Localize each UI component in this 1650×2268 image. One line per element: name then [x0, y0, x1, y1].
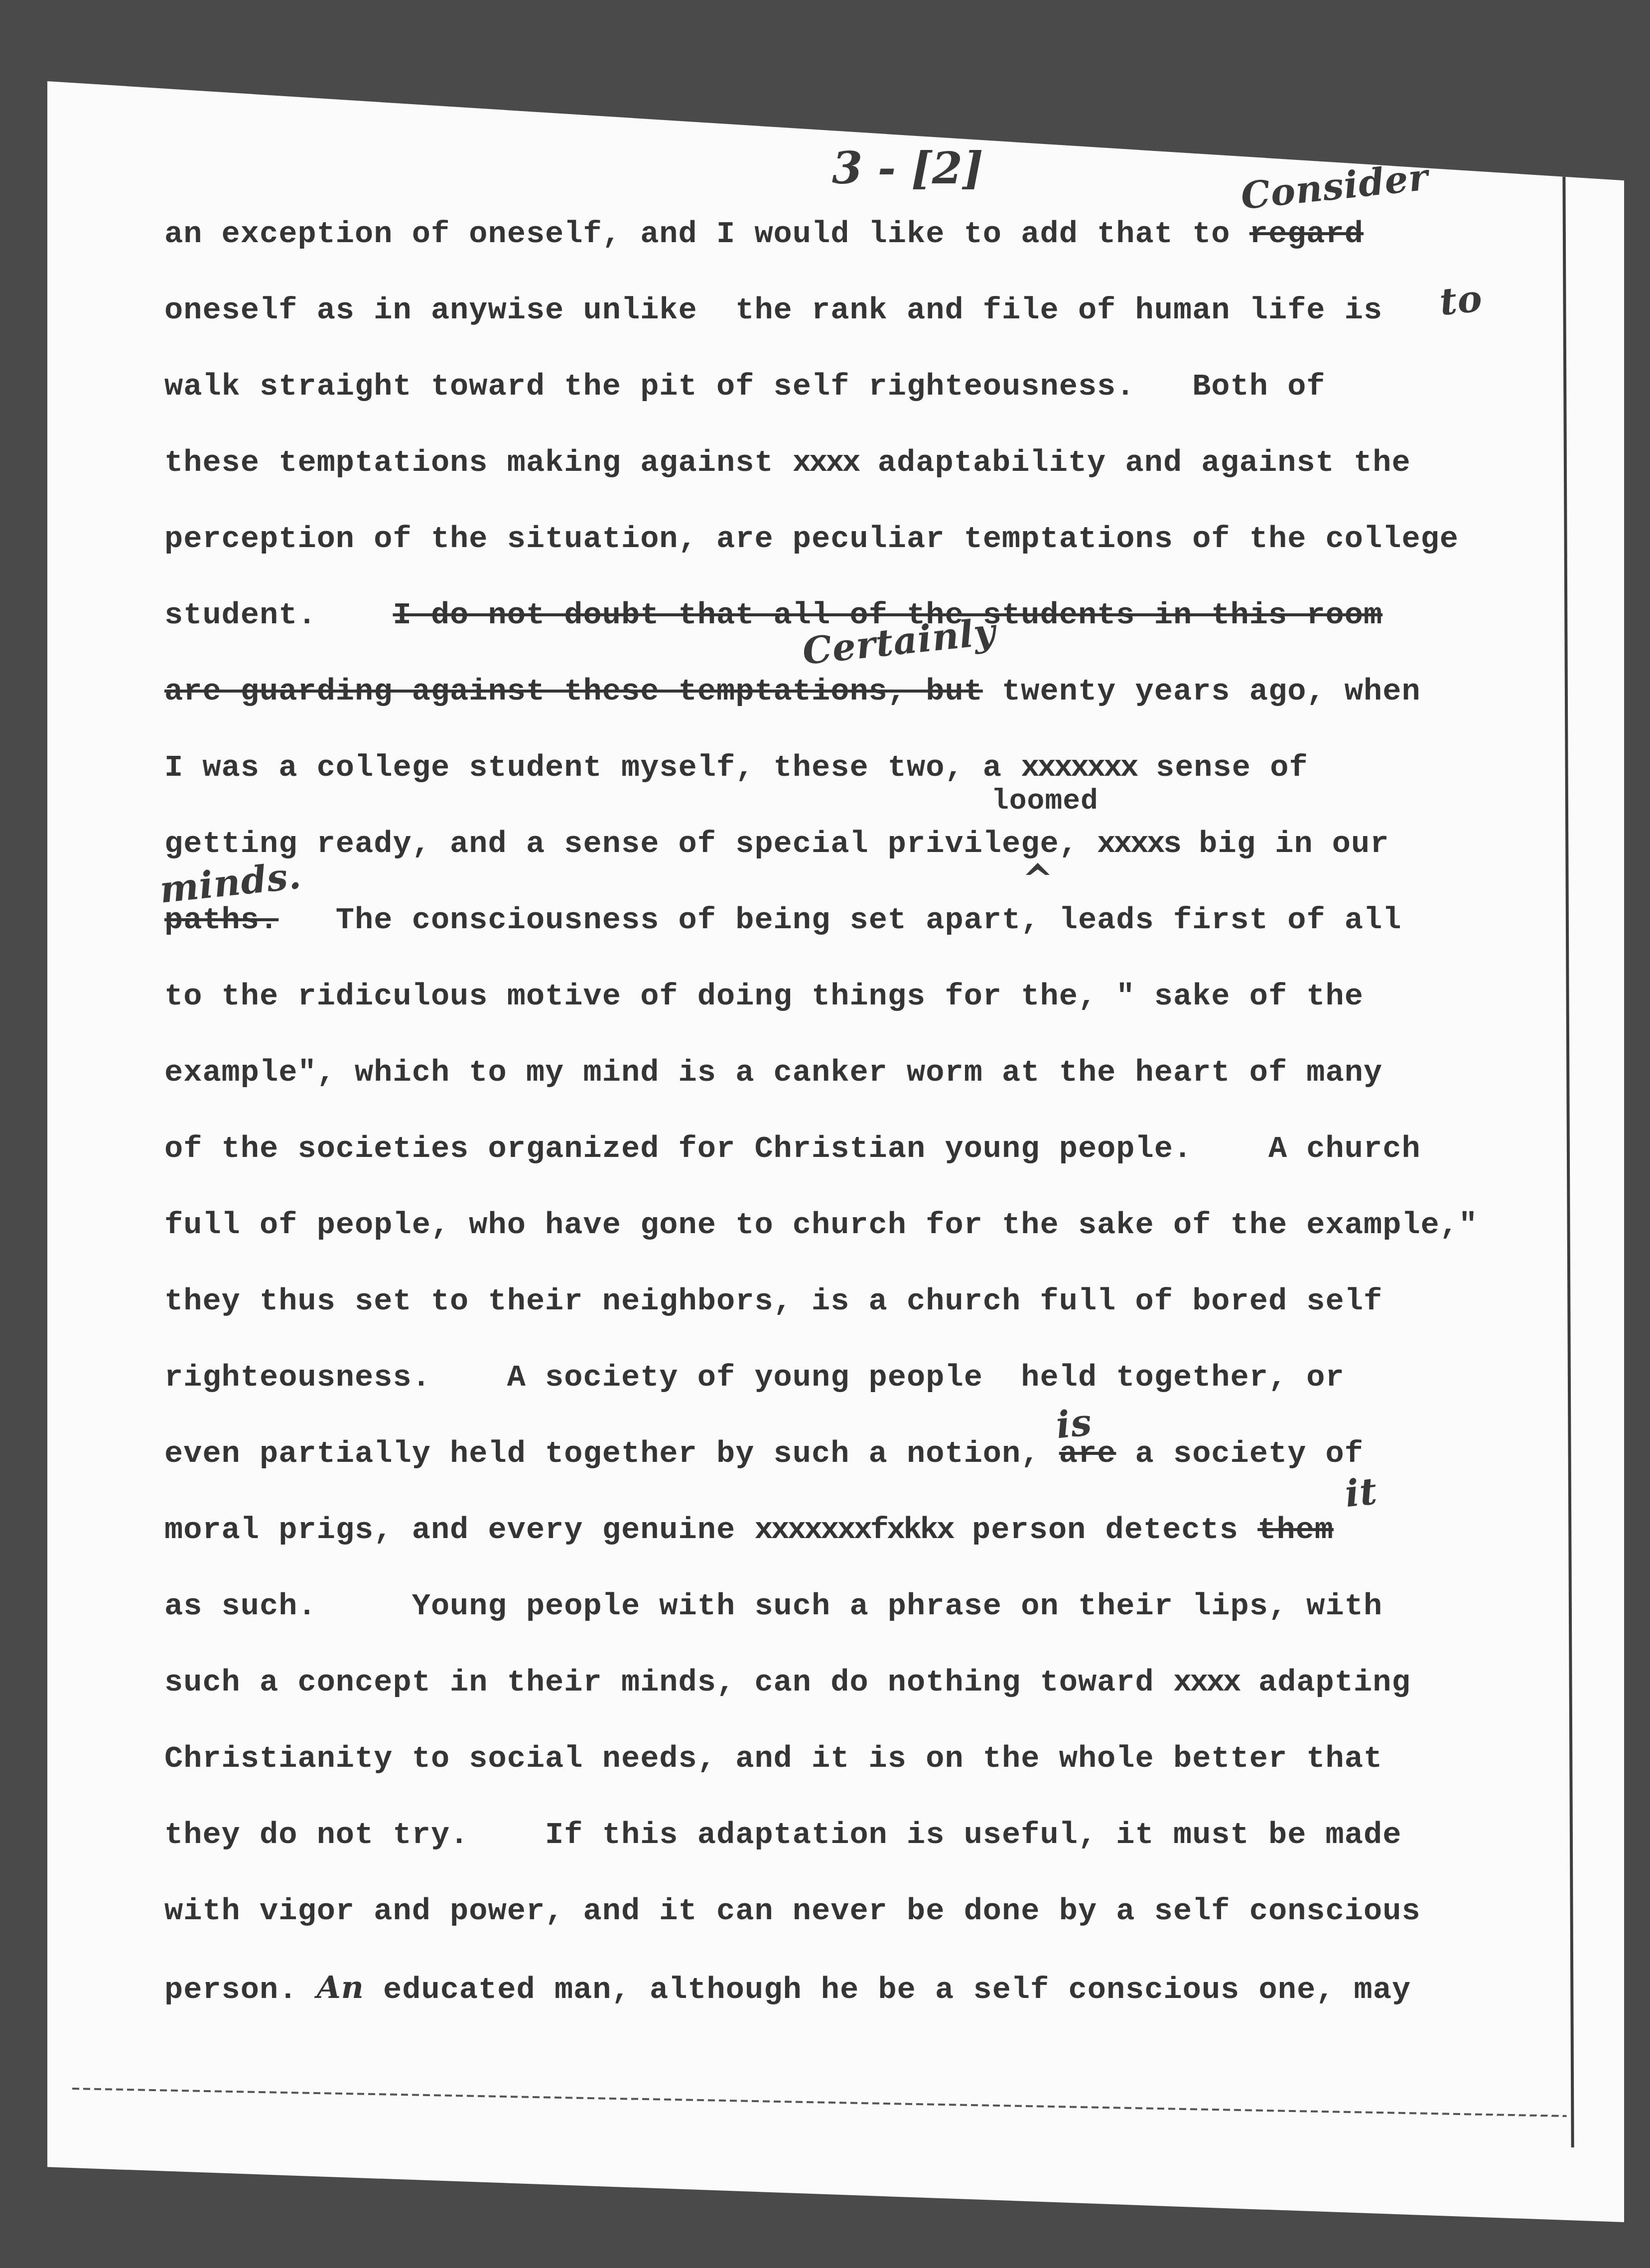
text-line: moral prigs, and every genuine xxxxxxxfx…: [164, 1510, 1510, 1586]
xed-out-text: xxxx: [1173, 1665, 1239, 1700]
typed-text: getting ready, and a sense of special pr…: [164, 826, 1097, 861]
handwritten-insertion: to: [1438, 279, 1484, 323]
typed-text: person detects: [953, 1512, 1257, 1548]
typed-text: they do not try. If this adaptation is u…: [164, 1817, 1401, 1852]
typed-text: person.: [164, 1972, 317, 2007]
xed-out-text: xxxxxxx: [1021, 750, 1136, 785]
typed-text: an exception of oneself, and I would lik…: [164, 216, 1249, 252]
text-line: getting ready, and a sense of special pr…: [164, 824, 1510, 900]
text-line: perception of the situation, are peculia…: [164, 519, 1510, 595]
struck-text: them: [1257, 1512, 1334, 1548]
text-line: paths. The consciousness of being set ap…: [164, 900, 1510, 977]
typed-text: full of people, who have gone to church …: [164, 1207, 1478, 1243]
typed-insertion: loomed: [991, 782, 1099, 822]
typed-text-body: an exception of oneself, and I would lik…: [164, 214, 1510, 2044]
text-line: these temptations making against xxxx ad…: [164, 443, 1510, 519]
text-line: person. An educated man, although he be …: [164, 1968, 1510, 2044]
text-line: they do not try. If this adaptation is u…: [164, 1815, 1510, 1891]
margin-rule: [1562, 164, 1574, 2147]
handwritten-word: An: [317, 1969, 364, 2005]
xed-out-text: xxxxxxxfxkkx: [754, 1512, 953, 1548]
xed-out-text: xxxxs: [1097, 826, 1180, 861]
typed-text: twenty years ago, when: [983, 674, 1421, 709]
typed-text: sense of: [1137, 750, 1308, 785]
typed-text: oneself as in anywise unlike the rank an…: [164, 292, 1382, 328]
typed-text: of the societies organized for Christian…: [164, 1131, 1421, 1166]
typed-text: these temptations making against: [164, 445, 793, 480]
struck-text: regard: [1249, 216, 1364, 252]
text-line: with vigor and power, and it can never b…: [164, 1891, 1510, 1968]
text-line: are guarding against these temptations, …: [164, 672, 1510, 748]
typed-text: moral prigs, and every genuine: [164, 1512, 754, 1548]
typed-text: perception of the situation, are peculia…: [164, 521, 1459, 557]
handwritten-insertion: it: [1343, 1471, 1379, 1514]
typed-text: Christianity to social needs, and it is …: [164, 1741, 1382, 1776]
struck-text: are guarding against these temptations, …: [164, 674, 983, 709]
text-line: such a concept in their minds, can do no…: [164, 1663, 1510, 1739]
text-line: oneself as in anywise unlike the rank an…: [164, 290, 1510, 367]
typed-text: walk straight toward the pit of self rig…: [164, 369, 1326, 404]
typed-text: righteousness. A society of young people…: [164, 1360, 1345, 1395]
text-line: even partially held together by such a n…: [164, 1434, 1510, 1510]
text-line: they thus set to their neighbors, is a c…: [164, 1281, 1510, 1358]
insertion-caret-icon: ‸: [1021, 829, 1055, 869]
text-line: I was a college student myself, these tw…: [164, 748, 1510, 824]
text-line: Christianity to social needs, and it is …: [164, 1739, 1510, 1815]
text-line: full of people, who have gone to church …: [164, 1205, 1510, 1281]
typed-text: as such. Young people with such a phrase…: [164, 1588, 1382, 1624]
text-line: an exception of oneself, and I would lik…: [164, 214, 1510, 290]
typed-text: I was a college student myself, these tw…: [164, 750, 1021, 785]
typed-text: The consciousness of being set apart, le…: [278, 902, 1401, 938]
typed-text: big in our: [1180, 826, 1389, 861]
typed-text: to the ridiculous motive of doing things…: [164, 979, 1364, 1014]
text-line: righteousness. A society of young people…: [164, 1358, 1510, 1434]
page-fold-line: [72, 2088, 1567, 2117]
typed-text: a society of: [1116, 1436, 1364, 1471]
text-line: walk straight toward the pit of self rig…: [164, 367, 1510, 443]
text-line: of the societies organized for Christian…: [164, 1129, 1510, 1205]
typed-text: educated man, although he be a self cons…: [364, 1972, 1411, 2007]
typed-text: such a concept in their minds, can do no…: [164, 1665, 1173, 1700]
typed-text: adapting: [1239, 1665, 1411, 1700]
handwritten-insertion: is: [1054, 1402, 1094, 1445]
typed-text: even partially held together by such a n…: [164, 1436, 1059, 1471]
typed-text: student.: [164, 597, 393, 633]
typed-text: example", which to my mind is a canker w…: [164, 1055, 1382, 1090]
text-line: as such. Young people with such a phrase…: [164, 1586, 1510, 1663]
typed-text: adaptability and against the: [859, 445, 1411, 480]
typed-text: with vigor and power, and it can never b…: [164, 1893, 1421, 1929]
xed-out-text: xxxx: [793, 445, 859, 480]
page-number: 3 - [2]: [832, 142, 983, 194]
text-line: to the ridiculous motive of doing things…: [164, 977, 1510, 1053]
typed-text: they thus set to their neighbors, is a c…: [164, 1283, 1382, 1319]
text-line: example", which to my mind is a canker w…: [164, 1053, 1510, 1129]
